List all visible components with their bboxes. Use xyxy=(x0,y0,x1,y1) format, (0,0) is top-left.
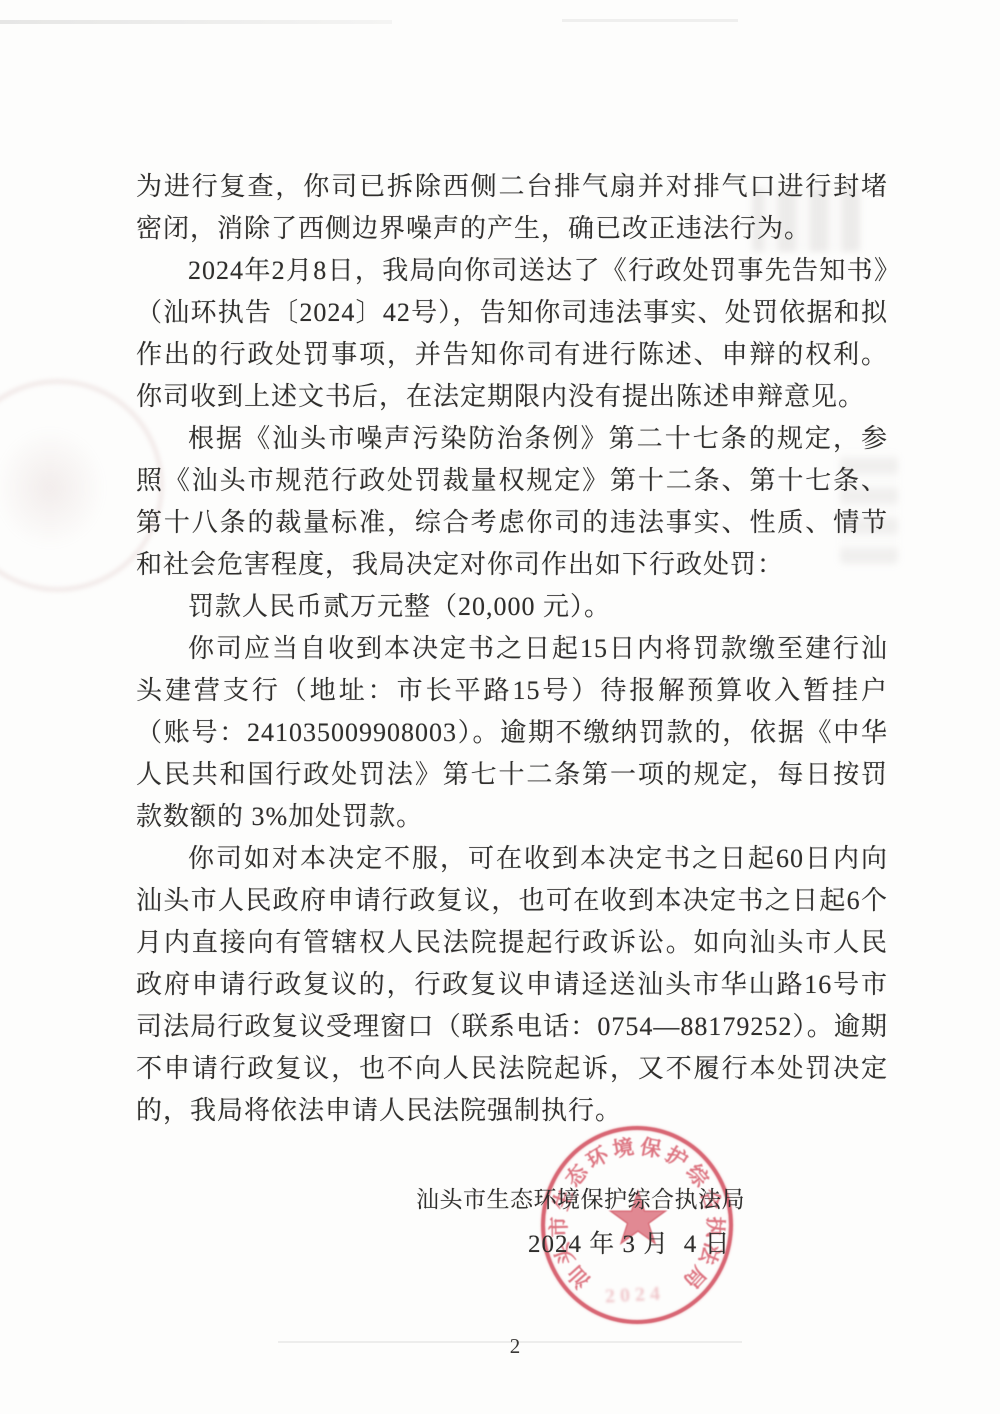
paragraph-fine-amount: 罚款人民币贰万元整（20,000 元）。 xyxy=(136,586,888,628)
paragraph-legal-basis: 根据《汕头市噪声污染防治条例》第二十七条的规定，参照《汕头市规范行政处罚裁量权规… xyxy=(136,418,888,586)
paragraph-payment-instructions: 你司应当自收到本决定书之日起15日内将罚款缴至建行汕头建营支行（地址：市长平路1… xyxy=(136,628,888,838)
signature-org-line: 汕头市生态环境保护综合执法局 xyxy=(416,1181,746,1214)
paragraph-prior-notice: 2024年2月8日，我局向你司送达了《行政处罚事先告知书》（汕环执告〔2024〕… xyxy=(136,250,888,418)
paragraph-correction-statement: 为进行复查，你司已拆除西侧二台排气扇并对排气口进行封堵密闭，消除了西侧边界噪声的… xyxy=(136,166,888,250)
signature-date-line: 2024 年 3 月 4 日 xyxy=(528,1224,731,1260)
page-number: 2 xyxy=(502,1334,528,1359)
scanned-document-page: 为进行复查，你司已拆除西侧二台排气扇并对排气口进行封堵密闭，消除了西侧边界噪声的… xyxy=(0,0,1000,1414)
document-body: 为进行复查，你司已拆除西侧二台排气扇并对排气口进行封堵密闭，消除了西侧边界噪声的… xyxy=(136,166,888,1132)
paragraph-appeal-rights: 你司如对本决定不服，可在收到本决定书之日起60日内向汕头市人民政府申请行政复议，… xyxy=(136,838,888,1132)
scan-artifact-line xyxy=(0,20,392,24)
seal-ghost-marks: 2024 xyxy=(604,1282,665,1308)
scan-artifact-line xyxy=(562,19,738,22)
